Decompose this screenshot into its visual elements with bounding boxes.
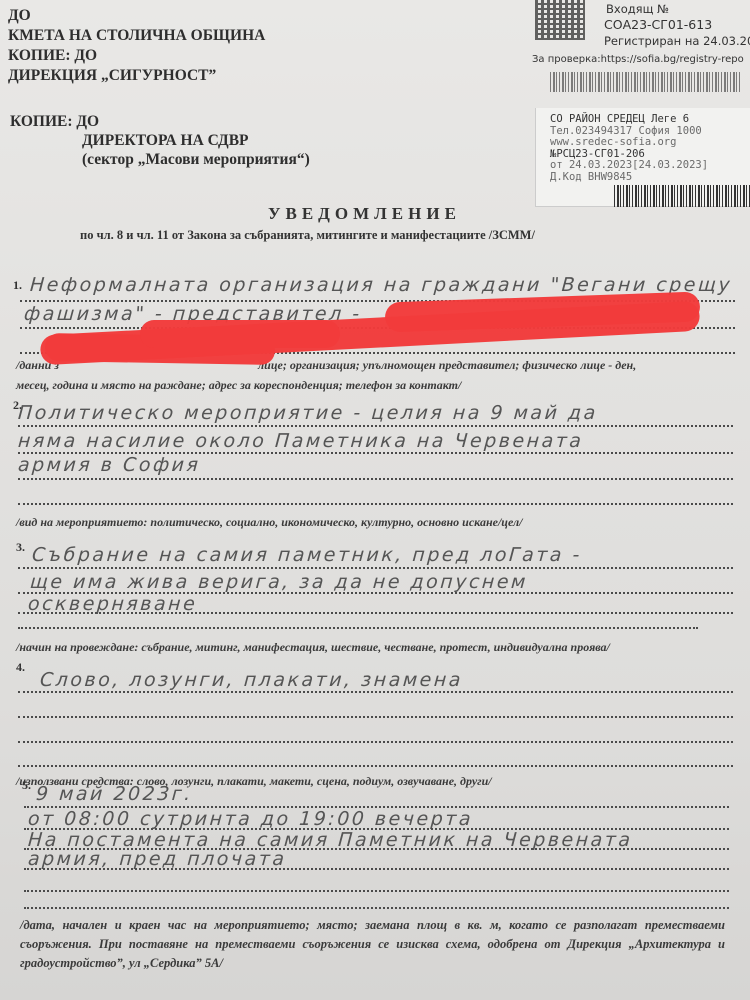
dotted-line: [24, 868, 729, 870]
barcode-icon: [614, 185, 750, 207]
section-2-line-3: армия в София: [17, 454, 201, 476]
addressee-block: ДО КМЕТА НА СТОЛИЧНА ОБЩИНА КОПИЕ: ДО ДИ…: [8, 6, 265, 86]
dotted-line: [18, 627, 698, 629]
dotted-line: [18, 765, 733, 767]
district-registry-sticker: СО РАЙОН СРЕДЕЦ Леге 6 Тел.023494317 Соф…: [535, 108, 750, 207]
section-5-number: 5.: [22, 778, 31, 793]
section-5-line-2: от 08:00 сутринта до 19:00 вечерта: [27, 808, 474, 830]
dotted-line: [24, 890, 729, 892]
dotted-line: [18, 503, 733, 505]
dotted-line: [18, 478, 733, 480]
dotted-line: [24, 907, 729, 909]
dotted-line: [18, 567, 733, 569]
section-4-number: 4.: [16, 660, 25, 675]
section-5-hint: /дата, начален и краен час на мероприяти…: [20, 916, 725, 973]
section-2-line-1: Политическо мероприятие - целия на 9 май…: [17, 402, 598, 424]
dotted-line: [18, 716, 733, 718]
sticker-line-6: Д.Код BHW9845: [550, 172, 750, 184]
dotted-line: [18, 691, 733, 693]
dotted-line: [18, 741, 733, 743]
director-sdvr-line: ДИРЕКТОРА НА СДВР: [82, 131, 249, 151]
redaction-mark: [140, 320, 340, 348]
document-subtitle: по чл. 8 и чл. 11 от Закона за събраният…: [80, 228, 535, 243]
document-title: УВЕДОМЛЕНИЕ: [268, 204, 461, 224]
section-3-line-2: ще има жива верига, за да не допуснем: [29, 571, 528, 593]
registered-date: Регистриран на 24.03.20: [604, 34, 750, 49]
section-3-number: 3.: [16, 540, 25, 555]
incoming-number: СОА23-СГ01-613: [604, 17, 712, 32]
section-1-line-1: Неформалната организация на граждани "Ве…: [29, 274, 733, 296]
sticker-line-1: СО РАЙОН СРЕДЕЦ Леге 6: [550, 114, 750, 126]
copy-to-label: КОПИЕ: ДО: [8, 46, 265, 66]
dotted-line: [18, 425, 733, 427]
section-1-hint-line-2: месец, година и място на раждане; адрес …: [16, 378, 461, 393]
to-label: ДО: [8, 6, 265, 26]
sector-line: (сектор „Масови мероприятия“): [82, 150, 310, 170]
dotted-line: [18, 612, 733, 614]
section-4-line-1: Слово, лозунги, плакати, знамена: [39, 669, 464, 691]
incoming-label: Входящ №: [606, 2, 669, 17]
qr-code-icon: [535, 0, 585, 40]
section-2-hint: /вид на мероприятието: политическо, соци…: [16, 515, 522, 530]
section-1-hint-rest: лице; организация; упълномощен представи…: [258, 358, 636, 373]
sticker-line-3: www.sredec-sofia.org: [550, 137, 750, 149]
section-3-hint: /начин на провеждане: събрание, митинг, …: [16, 640, 610, 655]
section-5-line-4: армия, пред плочата: [27, 848, 287, 870]
verify-link[interactable]: За проверка:https://sofia.bg/registry-re…: [532, 52, 744, 67]
mayor-line: КМЕТА НА СТОЛИЧНА ОБЩИНА: [8, 26, 265, 46]
section-2-line-2: няма насилие около Паметника на Червенат…: [17, 430, 584, 452]
sticker-line-5: от 24.03.2023[24.03.2023]: [550, 160, 750, 172]
section-5-line-1: 9 май 2023г.: [35, 783, 193, 805]
security-directorate-line: ДИРЕКЦИЯ „СИГУРНОСТ”: [8, 66, 265, 86]
section-1-number: 1.: [13, 278, 22, 293]
copy-to-2-label: КОПИЕ: ДО: [10, 112, 99, 132]
section-3-line-1: Събрание на самия паметник, пред лоГата …: [31, 544, 582, 566]
barcode-top-icon: [550, 72, 740, 92]
